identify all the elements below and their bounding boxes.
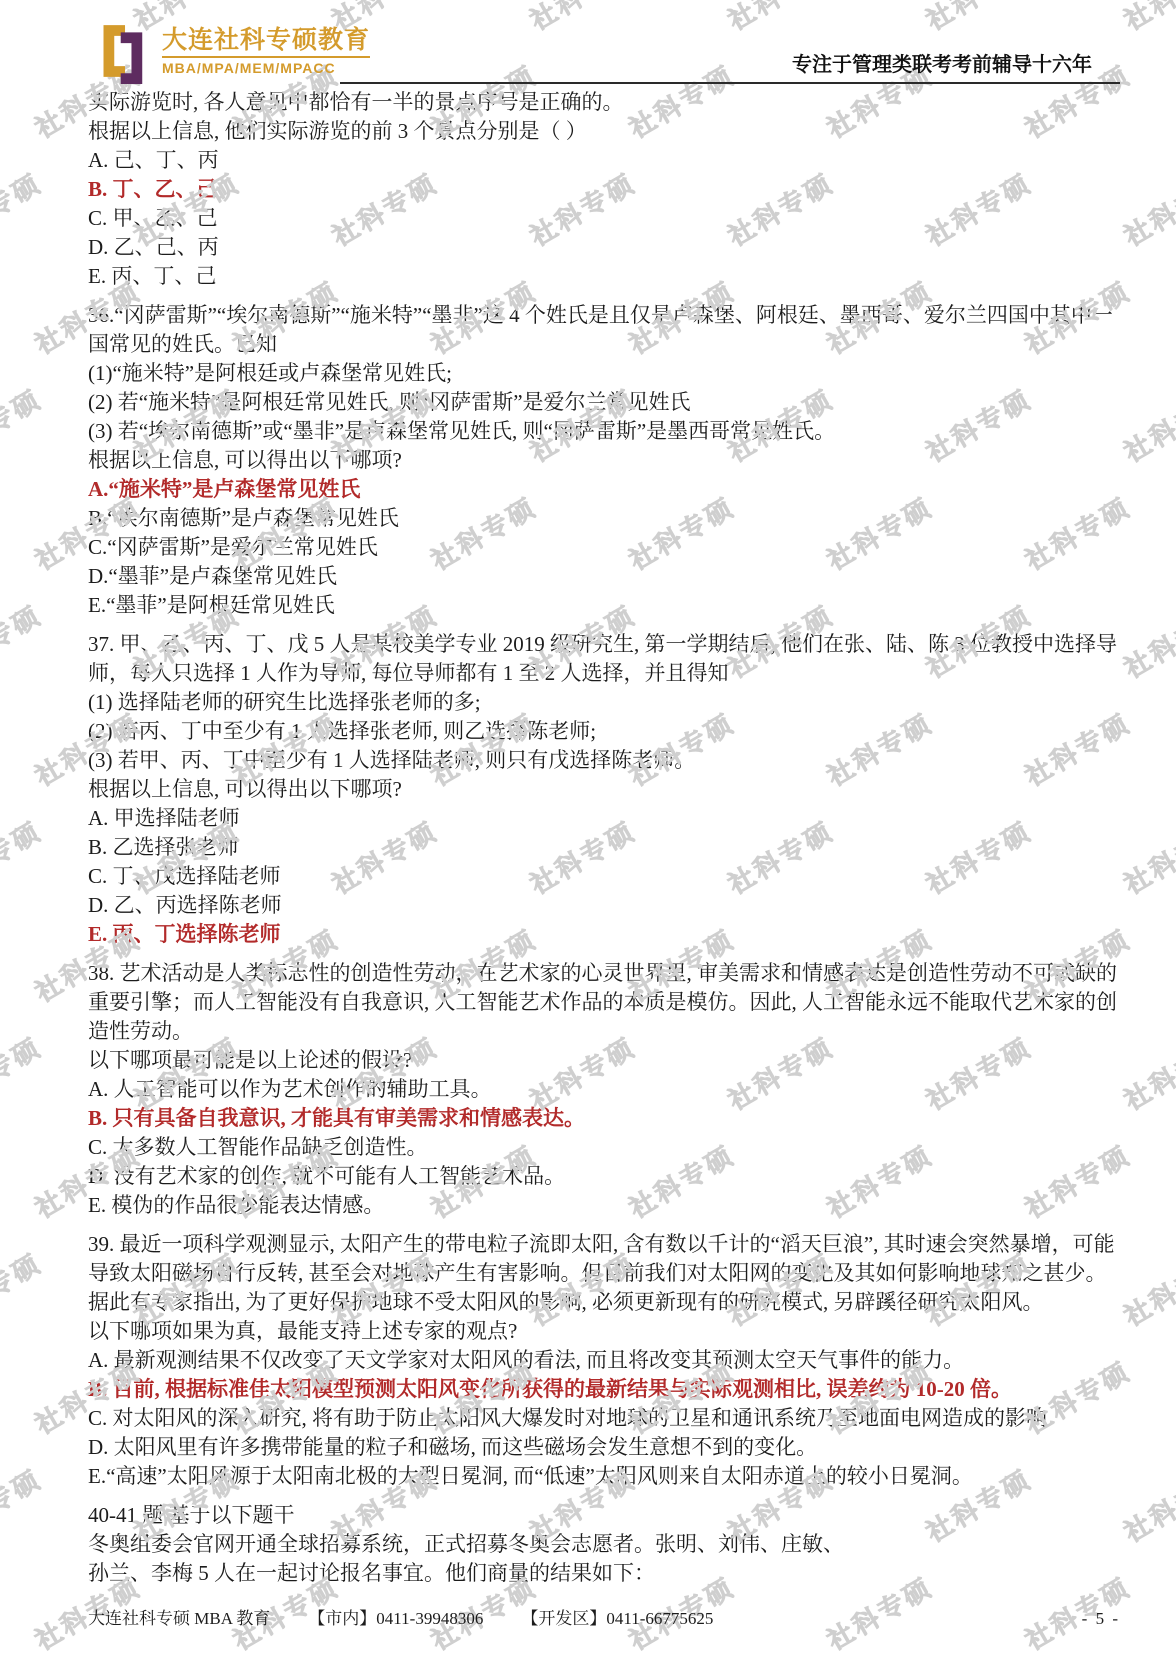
answer-option-line: B. 丁、乙、己 [88,175,1120,204]
question-text-line: (1)“施米特”是阿根廷或卢森堡常见姓氏; [88,359,1120,388]
brand-name: 大连社科专硕教育 [162,26,370,55]
watermark-text: 社科专硕 [1117,1027,1176,1117]
question-text-line: B. 乙选择张老师 [88,833,1120,862]
question-text-line: E.“高速”太阳风源于太阳南北极的大型日冕洞, 而“低速”太阳风则来自太阳赤道上… [88,1462,1120,1491]
question-text-line: 根据以上信息, 可以得出以下哪项? [88,446,1120,475]
header-tagline: 专注于管理类联考考前辅导十六年 [792,48,1092,77]
watermark-text: 社科专硕 [1117,1243,1176,1333]
question-text-line: 根据以上信息, 他们实际游览的前 3 个景点分别是（ ） [88,117,1120,146]
logo: 大连社科专硕教育 MBA/MPA/MEM/MPACC [88,18,370,84]
question-text-line: 39. 最近一项科学观测显示, 太阳产生的带电粒子流即太阳, 含有数以千计的“滔… [88,1230,1120,1317]
question-text-line: B.“埃尔南德斯”是卢森堡常见姓氏 [88,504,1120,533]
brand-logo-icon [88,18,152,84]
header-divider [340,82,1120,84]
question-text-line: E. 丙、丁、己 [88,262,1120,291]
question-text-line: 根据以上信息, 可以得出以下哪项? [88,775,1120,804]
question-text-line: 以下哪项如果为真，最能支持上述专家的观点? [88,1317,1120,1346]
question-text-line: 36.“冈萨雷斯”“埃尔南德斯”“施米特”“墨非”这 4 个姓氏是且仅是卢森堡、… [88,301,1120,359]
question-text-line: 40-41 题 基于以下题干 [88,1501,1120,1530]
question-text-line: E. 模伪的作品很少能表达情感。 [88,1191,1120,1220]
question-text-line: A. 最新观测结果不仅改变了天文学家对太阳风的看法, 而且将改变其预测太空天气事… [88,1346,1120,1375]
question-text-line: C. 大多数人工智能作品缺乏创造性。 [88,1133,1120,1162]
question-text-line: 38. 艺术活动是人类标志性的创造性劳动，在艺术家的心灵世界里, 审美需求和情感… [88,959,1120,1046]
watermark-text: 社科专硕 [0,1243,47,1333]
page-header: 大连社科专硕教育 MBA/MPA/MEM/MPACC 专注于管理类联考考前辅导十… [0,0,1176,88]
question-text-line: D. 乙、丙选择陈老师 [88,891,1120,920]
watermark-text: 社科专硕 [0,1027,47,1117]
watermark-text: 社科专硕 [0,595,47,685]
footer-phone-city: 【市内】0411-39948306 [308,1604,483,1629]
question-text-line: D. 乙、己、丙 [88,233,1120,262]
question-text-line: 以下哪项最可能是以上论述的假设? [88,1046,1120,1075]
watermark-text: 社科专硕 [0,811,47,901]
question-text-line: C. 丁、戊选择陆老师 [88,862,1120,891]
question-text-line: C. 对太阳风的深入研究, 将有助于防止太阳风大爆发时对地球的卫星和通讯系统乃至… [88,1404,1120,1433]
footer-brand: 大连社科专硕 MBA 教育 [88,1604,270,1629]
answer-option-line: A.“施米特”是卢森堡常见姓氏 [88,475,1120,504]
exam-page: 大连社科专硕教育 MBA/MPA/MEM/MPACC 专注于管理类联考考前辅导十… [0,0,1176,1658]
question-text-line: C.“冈萨雷斯”是爱尔兰常见姓氏 [88,533,1120,562]
question-text-line: A. 己、丁、丙 [88,146,1120,175]
question-text-line: 冬奥组委会官网开通全球招募系统，正式招募冬奥会志愿者。张明、刘伟、庄敏、 [88,1530,1120,1559]
question-text-line: 37. 甲、乙、丙、丁、戊 5 人是某校美学专业 2019 级研究生, 第一学期… [88,630,1120,688]
question-content: 实际游览时, 各人意见中都恰有一半的景点序号是正确的。根据以上信息, 他们实际游… [88,88,1120,1588]
logo-text: 大连社科专硕教育 MBA/MPA/MEM/MPACC [162,26,370,77]
watermark-text: 社科专硕 [1117,379,1176,469]
watermark-text: 社科专硕 [1117,595,1176,685]
question-text-line: (2) 若丙、丁中至少有 1 人选择张老师, 则乙选择陈老师; [88,717,1120,746]
page-number: - 5 - [1082,1609,1120,1629]
answer-option-line: B. 目前, 根据标准佳太阳模型预测太阳风变化所获得的最新结果与实际观测相比, … [88,1375,1120,1404]
watermark-text: 社科专硕 [0,379,47,469]
question-text-line: D. 太阳风里有许多携带能量的粒子和磁场, 而这些磁场会发生意想不到的变化。 [88,1433,1120,1462]
question-text-line: A. 人工智能可以作为艺术创作的辅助工具。 [88,1075,1120,1104]
brand-programs: MBA/MPA/MEM/MPACC [162,56,370,76]
question-text-line: (1) 选择陆老师的研究生比选择张老师的多; [88,688,1120,717]
question-text-line: D.“墨菲”是卢森堡常见姓氏 [88,562,1120,591]
answer-option-line: E. 丙、丁选择陈老师 [88,920,1120,949]
watermark-text: 社科专硕 [0,163,47,253]
question-text-line: (2) 若“施米特”是阿根廷常见姓氏, 则“冈萨雷斯”是爱尔兰常见姓氏 [88,388,1120,417]
question-text-line: C. 甲、乙、己 [88,204,1120,233]
footer-phone-devzone: 【开发区】0411-66775625 [521,1604,713,1629]
watermark-text: 社科专硕 [0,1459,47,1549]
watermark-text: 社科专硕 [1117,1459,1176,1549]
watermark-text: 社科专硕 [1117,811,1176,901]
question-text-line: D. 没有艺术家的创作, 就不可能有人工智能艺术品。 [88,1162,1120,1191]
question-text-line: E.“墨菲”是阿根廷常见姓氏 [88,591,1120,620]
question-text-line: A. 甲选择陆老师 [88,804,1120,833]
page-footer: 大连社科专硕 MBA 教育 【市内】0411-39948306 【开发区】041… [88,1604,1120,1629]
question-text-line: 实际游览时, 各人意见中都恰有一半的景点序号是正确的。 [88,88,1120,117]
question-text-line: (3) 若甲、丙、丁中至少有 1 人选择陆老师, 则只有戊选择陈老师。 [88,746,1120,775]
watermark-text: 社科专硕 [1117,163,1176,253]
question-text-line: (3) 若“埃尔南德斯”或“墨非”是卢森堡常见姓氏, 则“冈萨雷斯”是墨西哥常见… [88,417,1120,446]
question-text-line: 孙兰、李梅 5 人在一起讨论报名事宜。他们商量的结果如下： [88,1559,1120,1588]
answer-option-line: B. 只有具备自我意识, 才能具有审美需求和情感表达。 [88,1104,1120,1133]
